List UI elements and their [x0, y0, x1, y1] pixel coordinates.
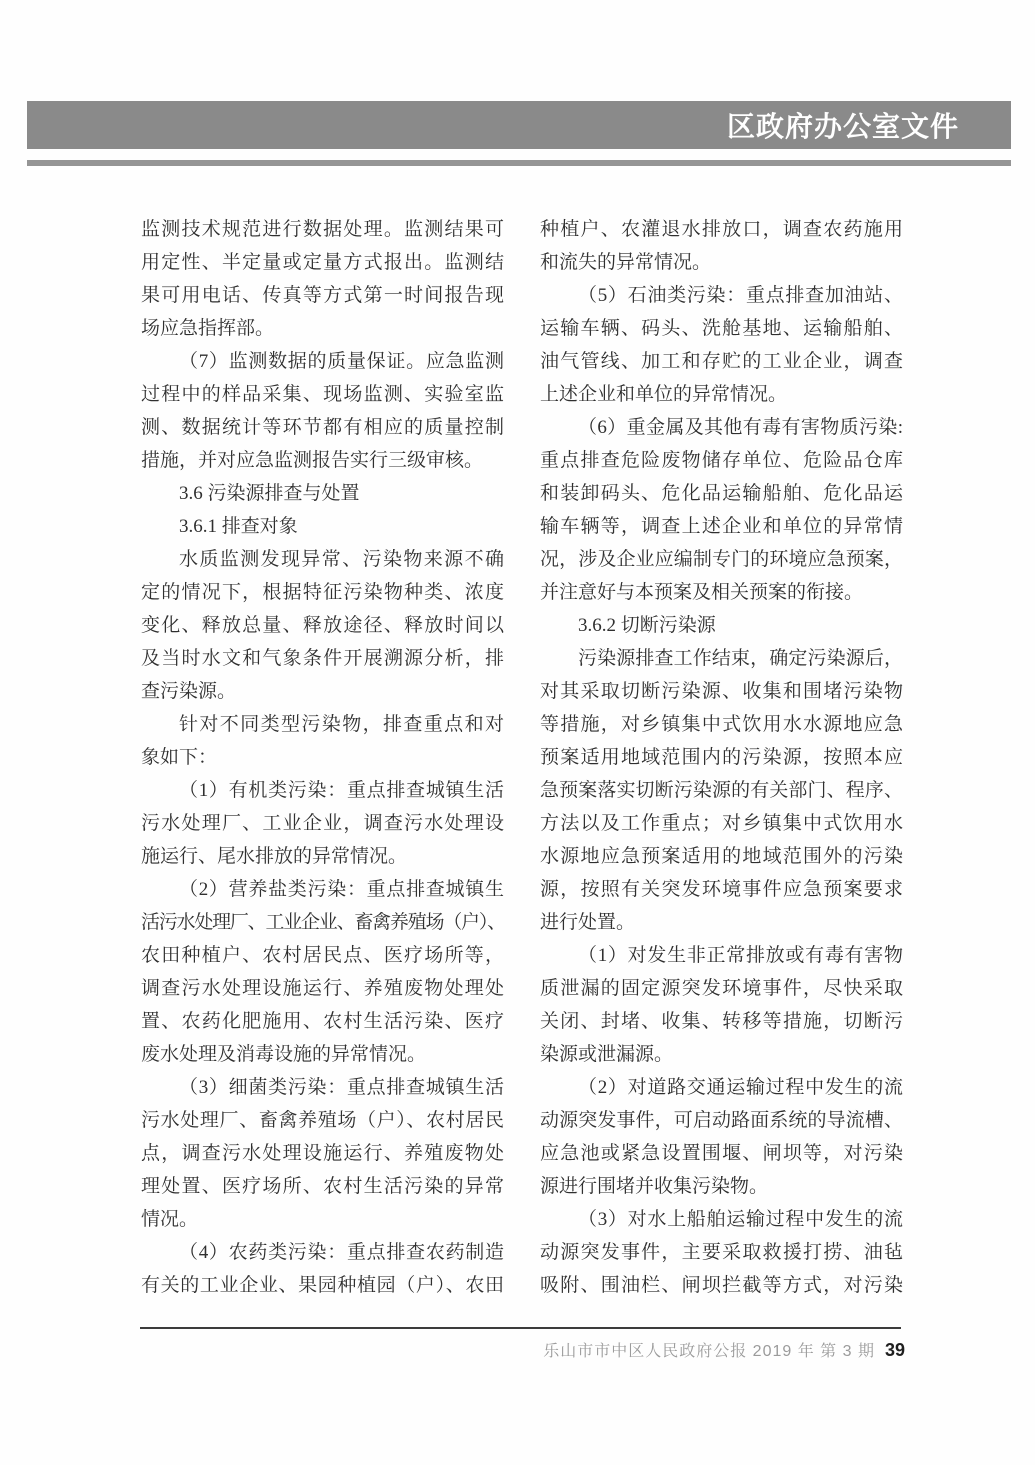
- text-line: 方法以及工作重点；对乡镇集中式饮用水: [540, 807, 903, 840]
- text-line: 吸附、围油栏、闸坝拦截等方式，对污染: [540, 1269, 903, 1302]
- text-line: 油气管线、加工和存贮的工业企业，调查: [540, 345, 903, 378]
- text-line: 置、农药化肥施用、农村生活污染、医疗: [141, 1005, 504, 1038]
- text-line: 污染源排查工作结束，确定污染源后，: [540, 642, 903, 675]
- text-line: 果可用电话、传真等方式第一时间报告现: [141, 279, 504, 312]
- text-line: 质泄漏的固定源突发环境事件，尽快采取: [540, 972, 903, 1005]
- section-heading: 3.6.1 排查对象: [141, 510, 504, 543]
- text-line: （1）对发生非正常排放或有毒有害物: [540, 939, 903, 972]
- text-line: 及当时水文和气象条件开展溯源分析，排: [141, 642, 504, 675]
- text-line: 等措施，对乡镇集中式饮用水水源地应急: [540, 708, 903, 741]
- text-line: 并注意好与本预案及相关预案的衔接。: [540, 576, 903, 609]
- page-title: 区政府办公室文件: [727, 105, 959, 145]
- text-line: 施运行、尾水排放的异常情况。: [141, 840, 504, 873]
- text-line: 输车辆等，调查上述企业和单位的异常情: [540, 510, 903, 543]
- text-line: 源，按照有关突发环境事件应急预案要求: [540, 873, 903, 906]
- text-line: 针对不同类型污染物，排查重点和对: [141, 708, 504, 741]
- section-heading: 3.6.2 切断污染源: [540, 609, 903, 642]
- text-line: （2）对道路交通运输过程中发生的流: [540, 1071, 903, 1104]
- header-accent-bar: [27, 160, 1011, 166]
- text-line: 上述企业和单位的异常情况。: [540, 378, 903, 411]
- text-line: 对其采取切断污染源、收集和围堵污染物: [540, 675, 903, 708]
- text-line: （4）农药类污染：重点排查农药制造: [141, 1236, 504, 1269]
- text-line: 调查污水处理设施运行、养殖废物处理处: [141, 972, 504, 1005]
- text-line: 点，调查污水处理设施运行、养殖废物处: [141, 1137, 504, 1170]
- content-right-column: 种植户、农灌退水排放口，调查农药施用 和流失的异常情况。 （5）石油类污染：重点…: [540, 213, 903, 1302]
- text-line: （5）石油类污染：重点排查加油站、: [540, 279, 903, 312]
- text-line: （2）营养盐类污染：重点排查城镇生: [141, 873, 504, 906]
- text-line: 过程中的样品采集、现场监测、实验室监: [141, 378, 504, 411]
- page-number: 39: [885, 1340, 905, 1361]
- gazette-page: 区政府办公室文件 监测技术规范进行数据处理。监测结果可 用定性、半定量或定量方式…: [0, 0, 1035, 1465]
- text-line: 象如下：: [141, 741, 504, 774]
- text-line: 监测技术规范进行数据处理。监测结果可: [141, 213, 504, 246]
- text-line: 染源或泄漏源。: [540, 1038, 903, 1071]
- text-line: （3）对水上船舶运输过程中发生的流: [540, 1203, 903, 1236]
- text-line: 况，涉及企业应编制专门的环境应急预案，: [540, 543, 903, 576]
- text-line: 水质监测发现异常、污染物来源不确: [141, 543, 504, 576]
- text-line: 水源地应急预案适用的地域范围外的污染: [540, 840, 903, 873]
- header-band: 区政府办公室文件: [27, 101, 1011, 149]
- text-line: 急预案落实切断污染源的有关部门、程序、: [540, 774, 903, 807]
- text-line: （6）重金属及其他有毒有害物质污染:: [540, 411, 903, 444]
- section-heading: 3.6 污染源排查与处置: [141, 477, 504, 510]
- footer-rule: [140, 1327, 901, 1329]
- text-line: 应急池或紧急设置围堰、闸坝等，对污染: [540, 1137, 903, 1170]
- text-line: 污水处理厂、畜禽养殖场（户）、农村居民: [141, 1104, 504, 1137]
- text-line: 重点排查危险废物储存单位、危险品仓库: [540, 444, 903, 477]
- text-line: 活污水处理厂、工业企业、畜禽养殖场（户）、: [141, 906, 504, 939]
- text-line: （7）监测数据的质量保证。应急监测: [141, 345, 504, 378]
- text-line: 场应急指挥部。: [141, 312, 504, 345]
- text-line: 查污染源。: [141, 675, 504, 708]
- text-line: 和装卸码头、危化品运输船舶、危化品运: [540, 477, 903, 510]
- text-line: 措施，并对应急监测报告实行三级审核。: [141, 444, 504, 477]
- text-line: 理处置、医疗场所、农村生活污染的异常: [141, 1170, 504, 1203]
- text-line: 动源突发事件，可启动路面系统的导流槽、: [540, 1104, 903, 1137]
- footer-journal-title: 乐山市市中区人民政府公报 2019 年 第 3 期: [543, 1338, 875, 1361]
- text-line: 有关的工业企业、果园种植园（户）、农田: [141, 1269, 504, 1302]
- text-line: 污水处理厂、工业企业，调查污水处理设: [141, 807, 504, 840]
- footer: 乐山市市中区人民政府公报 2019 年 第 3 期 39: [140, 1338, 905, 1361]
- text-line: 和流失的异常情况。: [540, 246, 903, 279]
- text-line: 用定性、半定量或定量方式报出。监测结: [141, 246, 504, 279]
- text-line: 预案适用地域范围内的污染源，按照本应: [540, 741, 903, 774]
- text-line: 动源突发事件，主要采取救援打捞、油毡: [540, 1236, 903, 1269]
- text-line: 运输车辆、码头、洗舱基地、运输船舶、: [540, 312, 903, 345]
- text-line: （3）细菌类污染：重点排查城镇生活: [141, 1071, 504, 1104]
- text-line: 进行处置。: [540, 906, 903, 939]
- text-line: 源进行围堵并收集污染物。: [540, 1170, 903, 1203]
- text-line: 变化、释放总量、释放途径、释放时间以: [141, 609, 504, 642]
- text-line: 种植户、农灌退水排放口，调查农药施用: [540, 213, 903, 246]
- text-line: 定的情况下，根据特征污染物种类、浓度: [141, 576, 504, 609]
- text-line: 农田种植户、农村居民点、医疗场所等，: [141, 939, 504, 972]
- text-line: 测、数据统计等环节都有相应的质量控制: [141, 411, 504, 444]
- text-line: 关闭、封堵、收集、转移等措施，切断污: [540, 1005, 903, 1038]
- text-line: 情况。: [141, 1203, 504, 1236]
- text-line: （1）有机类污染：重点排查城镇生活: [141, 774, 504, 807]
- text-line: 废水处理及消毒设施的异常情况。: [141, 1038, 504, 1071]
- content-left-column: 监测技术规范进行数据处理。监测结果可 用定性、半定量或定量方式报出。监测结 果可…: [141, 213, 504, 1302]
